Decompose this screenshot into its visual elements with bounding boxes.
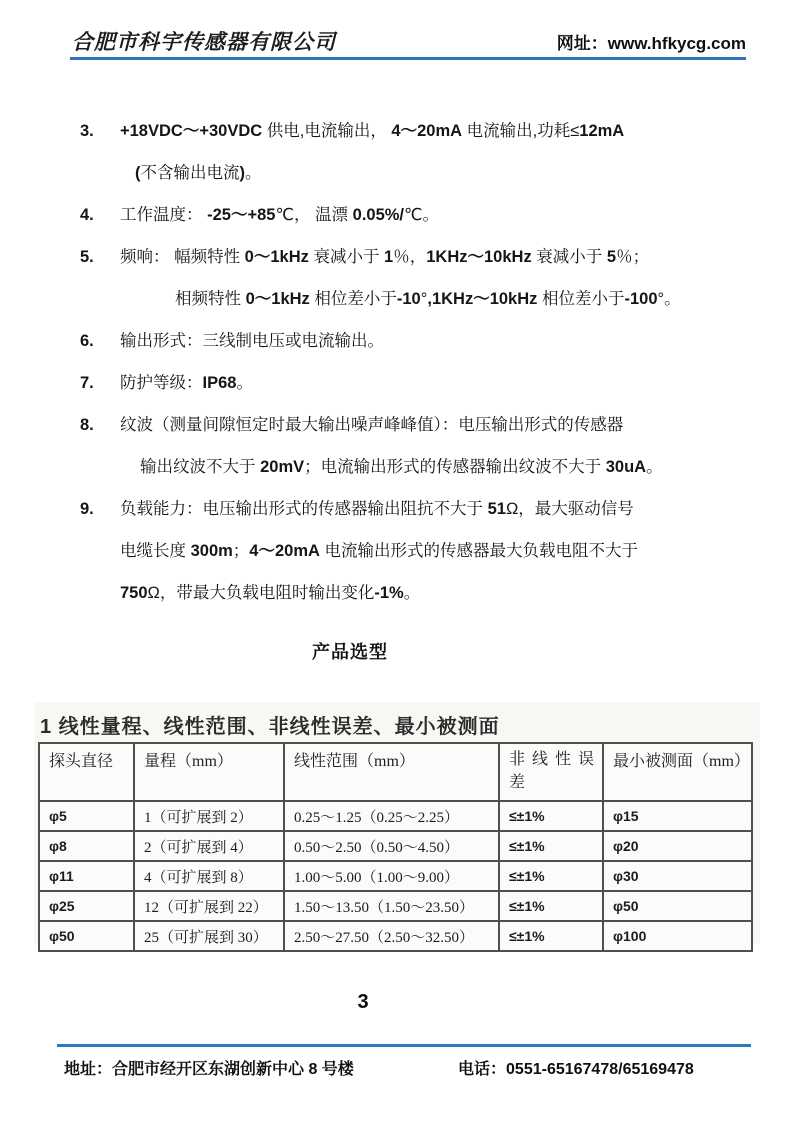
spec-item-text: 输出形式：三线制电压或电流输出。	[120, 330, 384, 352]
spec-item-number: 7.	[80, 372, 120, 394]
table-cell: ≤±1%	[499, 891, 603, 921]
table-cell: ≤±1%	[499, 921, 603, 951]
table-cell: ≤±1%	[499, 861, 603, 891]
spec-line: 输出纹波不大于 20mV；电流输出形式的传感器输出纹波不大于 30uA。	[80, 456, 748, 498]
table-cell: φ25	[39, 891, 134, 921]
spec-line: 相频特性 0～1kHz 相位差小于-10°,1KHz～10kHz 相位差小于-1…	[80, 288, 748, 330]
table-cell: 1.50～13.50（1.50～23.50）	[284, 891, 499, 921]
spec-line: 750Ω，带最大负载电阻时输出变化-1%。	[80, 582, 748, 624]
table-cell: φ8	[39, 831, 134, 861]
table-cell: 1（可扩展到 2）	[134, 801, 284, 831]
product-selection-section: 1 线性量程、线性范围、非线性误差、最小被测面 探头直径量程（mm）线性范围（m…	[34, 702, 760, 944]
spec-item-text: 输出纹波不大于 20mV；电流输出形式的传感器输出纹波不大于 30uA。	[140, 456, 663, 478]
spec-item-text: 频响： 幅频特性 0～1kHz 衰减小于 1％，1KHz～10kHz 衰减小于 …	[120, 246, 649, 268]
table-cell: 0.50～2.50（0.50～4.50）	[284, 831, 499, 861]
spec-line: 电缆长度 300m；4～20mA 电流输出形式的传感器最大负载电阻不大于	[80, 540, 748, 582]
spec-item-number: 9.	[80, 498, 120, 520]
table-cell: 0.25～1.25（0.25～2.25）	[284, 801, 499, 831]
table-cell: 1.00～5.00（1.00～9.00）	[284, 861, 499, 891]
table-cell: 2.50～27.50（2.50～32.50）	[284, 921, 499, 951]
company-name: 合肥市科宇传感器有限公司	[72, 26, 336, 56]
address-value: 合肥市经开区东湖创新中心 8 号楼	[112, 1061, 354, 1078]
table-cell: 25（可扩展到 30）	[134, 921, 284, 951]
product-selection-table: 探头直径量程（mm）线性范围（mm）非线性误差最小被测面（mm） φ51（可扩展…	[38, 742, 753, 952]
table-cell: 4（可扩展到 8）	[134, 861, 284, 891]
spec-line: 8.纹波（测量间隙恒定时最大输出噪声峰峰值）：电压输出形式的传感器	[80, 414, 748, 456]
page-number: 3	[0, 991, 726, 1014]
column-header: 量程（mm）	[134, 743, 284, 801]
spec-line: 3.+18VDC～+30VDC 供电,电流输出， 4～20mA 电流输出,功耗≤…	[80, 120, 748, 162]
table-cell: φ20	[603, 831, 752, 861]
table-cell: ≤±1%	[499, 801, 603, 831]
table-cell: 12（可扩展到 22）	[134, 891, 284, 921]
spec-item-number: 6.	[80, 330, 120, 352]
table-body: φ51（可扩展到 2）0.25～1.25（0.25～2.25）≤±1%φ15φ8…	[39, 801, 752, 951]
spec-item-number: 3.	[80, 120, 120, 142]
table-cell: φ50	[603, 891, 752, 921]
table-row: φ5025（可扩展到 30）2.50～27.50（2.50～32.50）≤±1%…	[39, 921, 752, 951]
website-url: www.hfkycg.com	[608, 34, 746, 53]
spec-item-number: 4.	[80, 204, 120, 226]
spec-item-text: 750Ω，带最大负载电阻时输出变化-1%。	[120, 582, 420, 604]
table-cell: φ15	[603, 801, 752, 831]
spec-line: 5.频响： 幅频特性 0～1kHz 衰减小于 1％，1KHz～10kHz 衰减小…	[80, 246, 748, 288]
spec-line: 7.防护等级：IP68。	[80, 372, 748, 414]
table-row: φ114（可扩展到 8）1.00～5.00（1.00～9.00）≤±1%φ30	[39, 861, 752, 891]
header-divider	[70, 57, 746, 60]
table-caption: 1 线性量程、线性范围、非线性误差、最小被测面	[40, 710, 760, 739]
spec-line: 4.工作温度： -25～+85℃， 温漂 0.05%/℃。	[80, 204, 748, 246]
table-cell: ≤±1%	[499, 831, 603, 861]
spec-item-text: +18VDC～+30VDC 供电,电流输出， 4～20mA 电流输出,功耗≤12…	[120, 120, 624, 142]
phone-value: 0551-65167478/65169478	[506, 1061, 694, 1078]
document-page: 合肥市科宇传感器有限公司 网址：www.hfkycg.com 3.+18VDC～…	[0, 0, 793, 1122]
column-header: 非线性误差	[499, 743, 603, 801]
spec-item-text: 相频特性 0～1kHz 相位差小于-10°,1KHz～10kHz 相位差小于-1…	[175, 288, 681, 310]
column-header: 探头直径	[39, 743, 134, 801]
spec-item-number: 8.	[80, 414, 120, 436]
column-header: 最小被测面（mm）	[603, 743, 752, 801]
spec-list: 3.+18VDC～+30VDC 供电,电流输出， 4～20mA 电流输出,功耗≤…	[80, 120, 748, 624]
spec-item-text: 纹波（测量间隙恒定时最大输出噪声峰峰值）：电压输出形式的传感器	[120, 414, 623, 436]
spec-line: 6.输出形式：三线制电压或电流输出。	[80, 330, 748, 372]
table-cell: φ11	[39, 861, 134, 891]
spec-item-number: 5.	[80, 246, 120, 268]
table-cell: φ5	[39, 801, 134, 831]
table-row: φ51（可扩展到 2）0.25～1.25（0.25～2.25）≤±1%φ15	[39, 801, 752, 831]
footer-phone: 电话：0551-65167478/65169478	[458, 1056, 694, 1079]
column-header: 线性范围（mm）	[284, 743, 499, 801]
table-cell: φ50	[39, 921, 134, 951]
table-header-row: 探头直径量程（mm）线性范围（mm）非线性误差最小被测面（mm）	[39, 743, 752, 801]
website-label: 网址：	[557, 34, 608, 53]
table-row: φ82（可扩展到 4）0.50～2.50（0.50～4.50）≤±1%φ20	[39, 831, 752, 861]
spec-item-text: 电缆长度 300m；4～20mA 电流输出形式的传感器最大负载电阻不大于	[120, 540, 638, 562]
table-cell: φ100	[603, 921, 752, 951]
spec-item-text: 工作温度： -25～+85℃， 温漂 0.05%/℃。	[120, 204, 439, 226]
table-cell: φ30	[603, 861, 752, 891]
table-row: φ2512（可扩展到 22）1.50～13.50（1.50～23.50）≤±1%…	[39, 891, 752, 921]
phone-label: 电话：	[458, 1061, 506, 1078]
spec-item-text: 防护等级：IP68。	[120, 372, 253, 394]
spec-line: 9.负载能力：电压输出形式的传感器输出阻抗不大于 51Ω，最大驱动信号	[80, 498, 748, 540]
spec-line: (不含输出电流)。	[80, 162, 748, 204]
address-label: 地址：	[64, 1061, 112, 1078]
footer-address: 地址：合肥市经开区东湖创新中心 8 号楼	[64, 1056, 354, 1079]
website: 网址：www.hfkycg.com	[557, 29, 746, 54]
table-cell: 2（可扩展到 4）	[134, 831, 284, 861]
section-title: 产品选型	[0, 638, 700, 664]
spec-item-text: 负载能力：电压输出形式的传感器输出阻抗不大于 51Ω，最大驱动信号	[120, 498, 634, 520]
footer-divider	[57, 1044, 751, 1047]
spec-item-text: (不含输出电流)。	[135, 162, 262, 184]
